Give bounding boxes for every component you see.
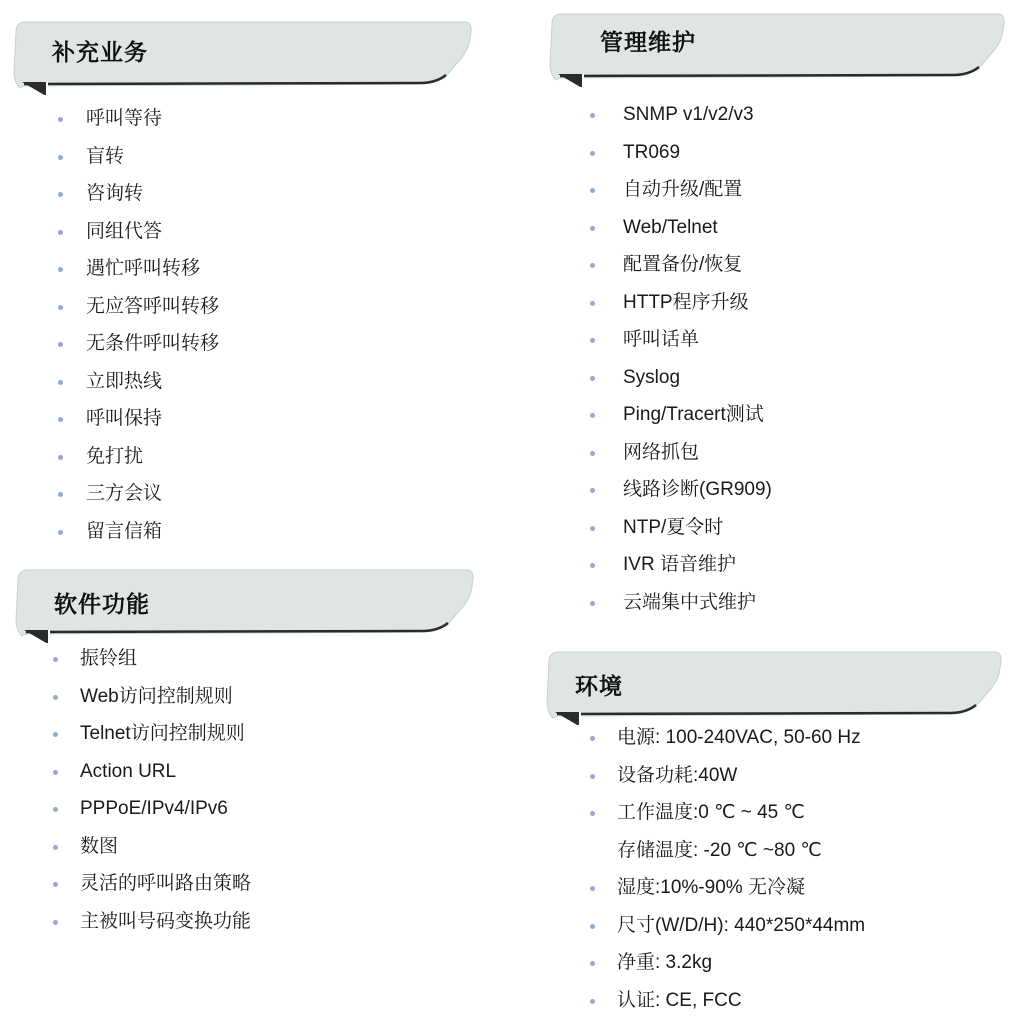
bullet-dot-icon <box>590 301 595 306</box>
list-item-label: 主被叫号码变换功能 <box>80 911 251 933</box>
list-item-label: 湿度:10%-90% 无冷凝 <box>617 877 805 899</box>
section-title: 软件功能 <box>54 586 150 619</box>
list-item-label: 自动升级/配置 <box>623 179 742 201</box>
bullet-dot-icon <box>53 920 58 925</box>
list-item: 三方会议 <box>58 483 478 521</box>
bullet-dot-icon <box>53 732 58 737</box>
list-item: 呼叫话单 <box>590 329 1000 367</box>
bullet-dot-icon <box>58 492 63 497</box>
bullet-dot-icon <box>58 192 63 197</box>
bullet-dot-icon <box>58 417 63 422</box>
list-item-label: 灵活的呼叫路由策略 <box>80 873 251 895</box>
list-item-label: Syslog <box>623 367 680 389</box>
list-item-label: 存储温度: -20 ℃ ~80 ℃ <box>617 840 822 862</box>
bullet-dot-icon <box>590 263 595 268</box>
section-banner-software-features: 软件功能 <box>12 568 477 640</box>
list-item: 工作温度:0 ℃ ~ 45 ℃ <box>590 802 1000 840</box>
list-item-label: TR069 <box>623 142 680 164</box>
bullet-dot-icon <box>58 342 63 347</box>
list-item: 免打扰 <box>58 446 478 484</box>
bullet-dot-icon <box>590 113 595 118</box>
list-item-label: 呼叫保持 <box>86 408 162 430</box>
list-item-label: IVR 语音维护 <box>623 554 736 576</box>
list-item-label: 无条件呼叫转移 <box>86 333 219 355</box>
bullet-dot-icon <box>590 376 595 381</box>
list-item: NTP/夏令时 <box>590 517 1000 555</box>
list-item-label: 留言信箱 <box>86 521 162 543</box>
list-item: 振铃组 <box>53 648 473 686</box>
list-item-label: 电源: 100-240VAC, 50-60 Hz <box>617 727 861 749</box>
list-item-label: SNMP v1/v2/v3 <box>623 104 754 126</box>
list-item-label: 呼叫等待 <box>86 108 162 130</box>
bullet-dot-icon <box>58 530 63 535</box>
bullet-dot-icon <box>590 924 595 929</box>
list-item-label: Action URL <box>80 761 176 783</box>
list-item-label: Web/Telnet <box>623 217 718 239</box>
list-item: 数图 <box>53 836 473 874</box>
bullet-dot-icon <box>590 526 595 531</box>
section-banner-management-maintenance: 管理维护 <box>546 12 1008 84</box>
bullet-dot-icon <box>590 563 595 568</box>
bullet-dot-icon <box>53 657 58 662</box>
bullet-dot-icon <box>590 338 595 343</box>
list-item-label: 网络抓包 <box>623 442 699 464</box>
bullet-dot-icon <box>590 151 595 156</box>
list-item-label: 三方会议 <box>86 483 162 505</box>
bullet-dot-icon <box>53 807 58 812</box>
list-item-label: Telnet访问控制规则 <box>80 723 245 745</box>
list-item: 网络抓包 <box>590 442 1000 480</box>
list-item: 配置备份/恢复 <box>590 254 1000 292</box>
bullet-dot-icon <box>590 736 595 741</box>
list-item: SNMP v1/v2/v3 <box>590 104 1000 142</box>
list-item-label: 设备功耗:40W <box>617 765 737 787</box>
list-item: 盲转 <box>58 146 478 184</box>
environment-list: 电源: 100-240VAC, 50-60 Hz设备功耗:40W工作温度:0 ℃… <box>590 727 1000 1026</box>
list-item-label: Web访问控制规则 <box>80 686 233 708</box>
software-features-list: 振铃组Web访问控制规则Telnet访问控制规则Action URLPPPoE/… <box>53 648 473 948</box>
bullet-dot-icon <box>590 886 595 891</box>
list-item: Ping/Tracert测试 <box>590 404 1000 442</box>
list-item: 主被叫号码变换功能 <box>53 911 473 949</box>
list-item-label: 配置备份/恢复 <box>623 254 742 276</box>
management-maintenance-list: SNMP v1/v2/v3TR069自动升级/配置Web/Telnet配置备份/… <box>590 104 1000 629</box>
bullet-dot-icon <box>58 455 63 460</box>
bullet-dot-icon <box>58 230 63 235</box>
list-item-label: 同组代答 <box>86 221 162 243</box>
bullet-dot-icon <box>590 413 595 418</box>
list-item: 呼叫保持 <box>58 408 478 446</box>
bullet-dot-icon <box>58 155 63 160</box>
list-item: 灵活的呼叫路由策略 <box>53 873 473 911</box>
list-item-label: 工作温度:0 ℃ ~ 45 ℃ <box>617 802 805 824</box>
section-title: 管理维护 <box>600 24 696 57</box>
supplementary-services-list: 呼叫等待盲转咨询转同组代答遇忙呼叫转移无应答呼叫转移无条件呼叫转移立即热线呼叫保… <box>58 108 478 558</box>
list-item: 设备功耗:40W <box>590 765 1000 803</box>
list-item: 无应答呼叫转移 <box>58 296 478 334</box>
list-item: 线路诊断(GR909) <box>590 479 1000 517</box>
list-item-label: 免打扰 <box>86 446 143 468</box>
list-item: 自动升级/配置 <box>590 179 1000 217</box>
list-item: Web访问控制规则 <box>53 686 473 724</box>
list-item-label: 盲转 <box>86 146 124 168</box>
list-item: 认证: CE, FCC <box>590 990 1000 1026</box>
list-item: Web/Telnet <box>590 217 1000 255</box>
list-item-label: 咨询转 <box>86 183 143 205</box>
list-item-label: 立即热线 <box>86 371 162 393</box>
list-item: 湿度:10%-90% 无冷凝 <box>590 877 1000 915</box>
list-item: 咨询转 <box>58 183 478 221</box>
section-title: 环境 <box>575 668 623 701</box>
list-item-label: 数图 <box>80 836 118 858</box>
bullet-dot-icon <box>58 267 63 272</box>
section-title: 补充业务 <box>52 34 148 67</box>
list-item: Syslog <box>590 367 1000 405</box>
bullet-dot-icon <box>590 226 595 231</box>
bullet-dot-icon <box>53 770 58 775</box>
list-item: IVR 语音维护 <box>590 554 1000 592</box>
list-item-label: 净重: 3.2kg <box>617 952 712 974</box>
list-item: 电源: 100-240VAC, 50-60 Hz <box>590 727 1000 765</box>
list-item: TR069 <box>590 142 1000 180</box>
bullet-dot-icon <box>590 811 595 816</box>
list-item: 尺寸(W/D/H): 440*250*44mm <box>590 915 1000 953</box>
list-item-label: 遇忙呼叫转移 <box>86 258 200 280</box>
bullet-dot-icon <box>58 117 63 122</box>
bullet-dot-icon <box>58 305 63 310</box>
list-item-label: 无应答呼叫转移 <box>86 296 219 318</box>
list-item-label: Ping/Tracert测试 <box>623 404 764 426</box>
bullet-dot-icon <box>58 380 63 385</box>
list-item-label: 振铃组 <box>80 648 137 670</box>
section-banner-environment: 环境 <box>543 650 1005 722</box>
list-item: 立即热线 <box>58 371 478 409</box>
list-item-label: 线路诊断(GR909) <box>623 479 772 501</box>
list-item: 云端集中式维护 <box>590 592 1000 630</box>
list-item-label: 尺寸(W/D/H): 440*250*44mm <box>617 915 865 937</box>
list-item: 呼叫等待 <box>58 108 478 146</box>
bullet-dot-icon <box>590 999 595 1004</box>
list-item: 留言信箱 <box>58 521 478 559</box>
list-item: PPPoE/IPv4/IPv6 <box>53 798 473 836</box>
list-item: 存储温度: -20 ℃ ~80 ℃ <box>590 840 1000 878</box>
bullet-dot-icon <box>590 961 595 966</box>
bullet-dot-icon <box>53 695 58 700</box>
bullet-dot-icon <box>53 845 58 850</box>
list-item-label: 呼叫话单 <box>623 329 699 351</box>
bullet-dot-icon <box>590 451 595 456</box>
list-item: Action URL <box>53 761 473 799</box>
list-item: HTTP程序升级 <box>590 292 1000 330</box>
bullet-dot-icon <box>53 882 58 887</box>
bullet-dot-icon <box>590 188 595 193</box>
list-item: 遇忙呼叫转移 <box>58 258 478 296</box>
bullet-dot-icon <box>590 601 595 606</box>
list-item-label: HTTP程序升级 <box>623 292 749 314</box>
bullet-dot-icon <box>590 488 595 493</box>
list-item-label: NTP/夏令时 <box>623 517 723 539</box>
list-item-label: PPPoE/IPv4/IPv6 <box>80 798 228 820</box>
list-item: 无条件呼叫转移 <box>58 333 478 371</box>
bullet-dot-icon <box>590 774 595 779</box>
list-item-label: 云端集中式维护 <box>623 592 756 614</box>
section-banner-supplementary-services: 补充业务 <box>10 20 475 92</box>
list-item-label: 认证: CE, FCC <box>617 990 742 1012</box>
list-item: Telnet访问控制规则 <box>53 723 473 761</box>
list-item: 同组代答 <box>58 221 478 259</box>
list-item: 净重: 3.2kg <box>590 952 1000 990</box>
